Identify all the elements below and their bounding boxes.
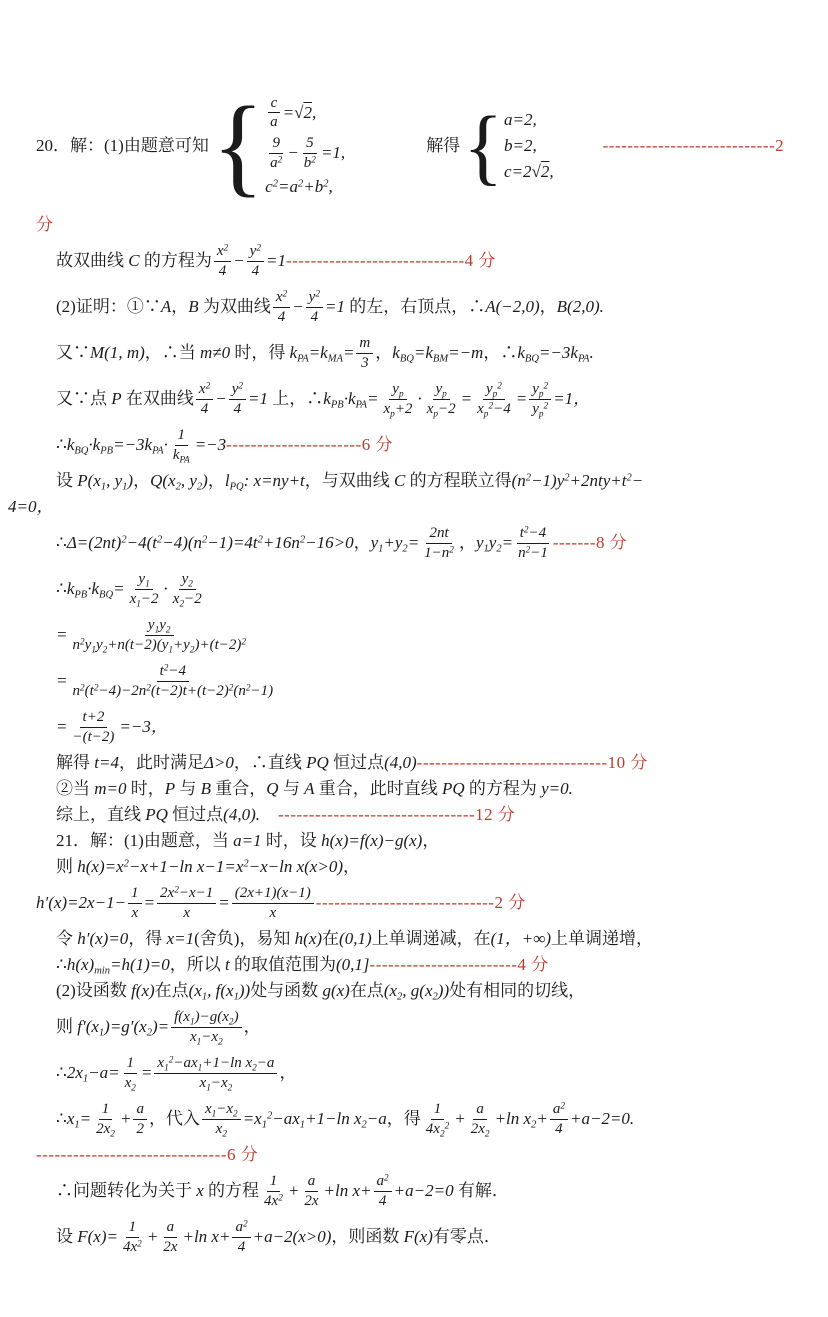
numerator: 1 [124,1054,138,1074]
numerator: a [133,1100,147,1120]
math-run: Δ=(2nt)2−4(t2−4)(n2−1)=4t2+16n2−16>0 [67,531,354,555]
numerator: (2x+1)(x−1) [232,884,314,904]
math-run: P [165,777,175,801]
denominator: xp+2 [380,400,415,419]
score-marker: -------------------------------6 分 [36,1143,258,1167]
numerator: a2 [232,1218,250,1238]
math-run: =√2, [283,101,317,125]
denominator: yp2 [529,400,551,419]
math-run: B(2,0). [557,295,604,319]
spacer [557,146,603,147]
text-run: 上单调递减，在 [372,927,491,951]
score-marker: -----------------------------2 分 [316,891,526,915]
text-run: 解得 [426,134,460,158]
text-run: ，得 [387,1107,421,1131]
solution-line: ∴kPB·kBQ=y1x1−2·y2x2−2 [56,566,814,612]
system-rows: ca=√2,9a2−5b2=1,c2=a2+b2, [265,94,345,199]
math-run: (0,1) [339,927,372,951]
math-run: B [201,777,211,801]
math-run: =x12−ax1+1−ln x2−a [243,1107,387,1131]
math-run: +a−2(x>0) [253,1225,332,1249]
fraction: m3 [356,334,373,373]
denominator: x [266,904,279,923]
fraction: yp2xp2−4 [474,380,514,419]
fraction: 5b2 [301,134,319,173]
math-run: A [304,777,314,801]
solution-line: 令 h′(x)=0，得 x=1(舍负)，易知 h(x)在(0,1)上单调递减，在… [56,926,814,952]
fraction: a24 [374,1172,392,1211]
solution-line: -------------------------------6 分 [36,1142,814,1168]
math-run: kPB·kBQ= [67,577,125,601]
text-run: ， [540,295,557,319]
denominator: 4x22 [423,1120,452,1139]
fraction: ypxp+2 [380,380,415,419]
solution-line: 20．解：(1)由题意可知{ca=√2,9a2−5b2=1,c2=a2+b2,解… [36,84,814,208]
text-run: 上单调递增， [551,927,653,951]
math-run: PQ [306,751,329,775]
solution-line: (2)证明：①∵A，B 为双曲线x24−y24=1 的左，右顶点，∴A(−2,0… [56,284,814,330]
denominator: 4 [275,308,289,327]
fraction: x24 [214,242,231,281]
fraction: t+2−(t−2) [69,708,117,747]
solution-line: =t+2−(t−2)=−3， [56,704,814,750]
fraction: yp2yp2 [529,380,551,419]
numerator: a [305,1172,319,1192]
math-run: − [292,295,303,319]
text-run: 在点 [155,979,189,1003]
text-run: 故双曲线 [56,249,128,273]
math-run: h(x)min=h(1)=0 [67,953,170,977]
math-run: P(x1, y1) [77,469,133,493]
text-run: 有零点． [433,1225,501,1249]
math-run: = [56,623,67,647]
math-run: PQ [145,803,168,827]
text-run: 的方程联立得 [405,469,511,493]
fraction: ypxp−2 [424,380,459,419]
numerator: a [473,1100,487,1120]
fraction: 2x2−x−1x [157,884,216,923]
text-run: ②当 [56,777,94,801]
system-row: c2=a2+b2, [265,175,345,199]
system-row: c=2√2, [504,160,554,184]
math-run: +ln x+ [324,1179,372,1203]
numerator: a2 [550,1100,568,1120]
text-run: ∴问题转化为关于 [56,1179,196,1203]
math-run: = [144,891,155,915]
math-run: kBQ=kBM=−m [392,341,483,365]
numerator: a2 [374,1172,392,1192]
math-run: Q [266,777,278,801]
math-run: c2=a2+b2, [265,175,333,199]
math-run: − [233,249,244,273]
math-run: − [215,387,226,411]
fraction: a2x [301,1172,321,1211]
fraction: (2x+1)(x−1)x [232,884,314,923]
denominator: 2x2 [468,1120,493,1139]
solution-line: h′(x)=2x−1−1x=2x2−x−1x=(2x+1)(x−1)x-----… [36,880,814,926]
numerator: 1 [431,1100,445,1120]
numerator: yp [433,380,450,400]
numerator: 1 [175,426,189,446]
text-run: ， [208,469,225,493]
math-run: y=0. [541,777,573,801]
denominator: 4 [552,1120,566,1139]
fraction: t2−4n2−1 [515,524,551,563]
math-run: − [287,141,298,165]
system-row: ca=√2, [265,94,345,133]
numerator: 2nt [426,524,451,544]
math-run: t=4 [94,751,119,775]
denominator: n2y1y2+n(t−2)(y1+y2)+(t−2)2 [69,636,249,655]
math-run: = [461,387,472,411]
text-run: 与 [175,777,201,801]
fraction: a24 [550,1100,568,1139]
system-row: b=2, [504,134,554,158]
solution-line: 则 h(x)=x2−x+1−ln x−1=x2−x−ln x(x>0)， [56,854,814,880]
fraction: x12−ax1+1−ln x2−ax1−x2 [154,1054,277,1093]
math-run: (0,1] [336,953,370,977]
text-run: ，∴直线 [234,751,306,775]
math-run: kPB·kPA= [323,387,378,411]
fraction: a2x [160,1218,180,1257]
math-run: +ln x2+ [495,1107,548,1131]
math-run: M(1, m) [90,341,145,365]
fraction: f(x1)−g(x2)x1−x2 [171,1008,241,1047]
text-run: ， [343,855,360,879]
denominator: 4 [308,308,322,327]
spacer [260,815,278,816]
numerator: y2 [306,288,323,308]
numerator: yp2 [483,380,505,400]
math-run: y1y2= [476,531,513,555]
text-run: 为双曲线 [199,295,271,319]
math-run: (x2, g(x2)) [384,979,449,1003]
fraction: x24 [273,288,290,327]
math-run: A [161,295,171,319]
math-run: PQ [442,777,465,801]
denominator: −(t−2) [69,728,117,747]
math-run: = [516,387,527,411]
math-run: x [196,1179,204,1203]
math-run: m≠0 [200,341,230,365]
solution-line: 又∵M(1, m)，∴当 m≠0 时，得 kPA=kMA=m3，kBQ=kBM=… [56,330,814,376]
text-run: ∴ [56,577,67,601]
math-run: C [394,469,405,493]
text-run: ， [375,341,392,365]
fraction: 12x2 [93,1100,118,1139]
fraction: 9a2 [267,134,285,173]
fraction: x1−x2x2 [202,1100,241,1139]
score-marker: ------------------------4 分 [370,953,549,977]
text-run: ， [171,295,188,319]
math-run: =1, [321,141,345,165]
math-run: =1 [266,249,286,273]
text-run: 上，∴ [268,387,323,411]
math-run: 2x1−a= [67,1061,120,1085]
text-run: ，∴当 [145,341,200,365]
solution-line: ∴kBQ·kPB=−3kPA·1kPA=−3------------------… [56,422,814,468]
radicand: 2 [303,103,312,122]
fraction: t2−4n2(t2−4)−2n2(t−2)t+(t−2)2(n2−1) [69,662,276,701]
denominator: 1−n2 [421,544,457,563]
text-run: ，则函数 [331,1225,403,1249]
math-run: +ln x+ [182,1225,230,1249]
denominator: a [267,113,281,132]
solution-line: ∴2x1−a=1x2=x12−ax1+1−ln x2−ax1−x2， [56,1050,814,1096]
math-run: x1= [67,1107,91,1131]
text-run: ∴ [56,433,67,457]
denominator: 2x2 [93,1120,118,1139]
denominator: 4x2 [261,1192,286,1211]
denominator: a2 [267,154,285,173]
math-run: +a−2=0. [570,1107,634,1131]
denominator: x1−x2 [197,1074,236,1093]
math-run: m=0 [94,777,126,801]
system-row: 9a2−5b2=1, [265,134,345,173]
text-run: (2)证明：①∵ [56,295,161,319]
numerator: x1−x2 [202,1100,241,1120]
numerator: y2 [247,242,264,262]
math-run: A(−2,0) [485,295,539,319]
text-run: 20．解：(1)由题意可知 [36,134,209,158]
math-run: g(x) [322,979,349,1003]
left-brace-icon: { [212,96,264,196]
math-run: B [188,295,198,319]
text-run: ∴ [56,1061,67,1085]
numerator: m [356,334,373,354]
fraction: 1kPA [170,426,193,465]
text-run: 的方程 [204,1179,259,1203]
denominator: n2−1 [515,544,551,563]
text-run: (舍负)，易知 [194,927,295,951]
numerator: x2 [273,288,290,308]
solution-line: ∴h(x)min=h(1)=0，所以 t 的取值范围为(0,1]--------… [56,952,814,978]
spacer [348,146,426,147]
math-run: Q(x2, y2) [150,469,208,493]
math-run: h(x)=f(x)−g(x) [321,829,422,853]
text-run: 时，设 [262,829,322,853]
math-run: Δ>0 [204,751,234,775]
text-run: 与 [279,777,305,801]
solution-line: ∴问题转化为关于 x 的方程14x2+a2x+ln x+a24+a−2=0 有解… [56,1168,814,1214]
text-run: 则 [56,1015,77,1039]
fraction: y1y2n2y1y2+n(t−2)(y1+y2)+(t−2)2 [69,616,249,655]
math-run: =1， [553,387,590,411]
score-marker: -----------------------------4 分 [286,249,496,273]
solution-line: =y1y2n2y1y2+n(t−2)(y1+y2)+(t−2)2 [56,612,814,658]
denominator: xp2−4 [474,400,514,419]
fraction: ca [267,94,281,133]
text-run: 在双曲线 [122,387,194,411]
numerator: 1 [126,1218,140,1238]
text-run: ∴ [56,1107,67,1131]
solution-line: 分 [36,212,814,238]
math-run: P [111,387,121,411]
math-run: kPA=kMA= [290,341,355,365]
math-run: a=2, [504,108,537,132]
math-run: =−3， [119,715,167,739]
fraction: a24 [232,1218,250,1257]
text-run: 则 [56,855,77,879]
text-run: 21．解：(1)由题意，当 [56,829,233,853]
system-row: a=2, [504,108,554,132]
denominator: b2 [301,154,319,173]
math-run: =1 [248,387,268,411]
numerator: t+2 [80,708,108,728]
math-run: (1，+∞) [491,927,551,951]
denominator: 4 [249,262,263,281]
left-brace-icon: { [463,108,503,184]
numerator: 1 [128,884,142,904]
numerator: 2x2−x−1 [157,884,216,904]
text-run: 设 [56,1225,77,1249]
solution-line: ②当 m=0 时，P 与 B 重合，Q 与 A 重合，此时直线 PQ 的方程为 … [56,776,814,802]
text-run: 令 [56,927,77,951]
solution-line: 故双曲线 C 的方程为x24−y24=1--------------------… [56,238,814,284]
denominator: xp−2 [424,400,459,419]
text-run: ，与双曲线 [305,469,394,493]
math-run: +a−2=0 [394,1179,454,1203]
math-run: F(x)= [77,1225,118,1249]
text-run: ∴ [56,531,67,555]
system-rows: a=2,b=2,c=2√2, [504,108,554,183]
math-run: = [56,715,67,739]
denominator: x1−2 [127,590,162,609]
text-run: ，此时满足 [119,751,204,775]
solution-line: 设 P(x1, y1)，Q(x2, y2)，lPQ: x=ny+t，与双曲线 C… [56,468,814,494]
fraction: 14x22 [423,1100,452,1139]
math-run: kBQ=−3kPA. [517,341,593,365]
math-run: f′(x1)=g′(x2)= [77,1015,169,1039]
denominator: x [180,904,193,923]
text-run: 的取值范围为 [230,953,336,977]
math-run: =1 [325,295,345,319]
fraction: 2nt1−n2 [421,524,457,563]
fraction: y24 [229,380,246,419]
numerator: y1 [135,570,152,590]
math-run: h(x)=x2−x+1−ln x−1=x2−x−ln x(x>0) [77,855,343,879]
math-run: b=2, [504,134,537,158]
denominator: 2x [160,1238,180,1257]
radicand: 2 [541,162,550,181]
math-run: F(x) [404,1225,433,1249]
text-run: ，得 [128,927,166,951]
math-run: =−3 [195,433,226,457]
text-run: ，所以 [170,953,225,977]
text-run: ， [459,531,476,555]
text-run: 设 [56,469,77,493]
text-run: 处有相同的切线， [449,979,585,1003]
math-run: c=2√2, [504,160,554,184]
denominator: 2x [301,1192,321,1211]
text-run: 综上，直线 [56,803,145,827]
denominator: 4 [198,400,212,419]
math-run: · [417,387,421,411]
math-run: (x1, f(x1)) [189,979,251,1003]
text-run: ， [279,1061,296,1085]
numerator: a [164,1218,178,1238]
fraction: a2 [133,1100,147,1139]
math-run: = [141,1061,152,1085]
solution-line: =t2−4n2(t2−4)−2n2(t−2)t+(t−2)2(n2−1) [56,658,814,704]
math-run: C [128,249,139,273]
math-run: y1+y2= [371,531,420,555]
text-run: ∴ [56,953,67,977]
numerator: 1 [267,1172,281,1192]
math-run: (4,0). [223,803,260,827]
math-run: h(x) [295,927,322,951]
score-marker: -------8 分 [553,531,627,555]
denominator: 4 [231,400,245,419]
math-run: (4,0) [384,751,417,775]
solution-line: ∴x1=12x2+a2，代入x1−x2x2=x12−ax1+1−ln x2−a，… [56,1096,814,1142]
fraction: 14x2 [261,1172,286,1211]
numerator: c [268,94,281,114]
math-answer-document: 20．解：(1)由题意可知{ca=√2,9a2−5b2=1,c2=a2+b2,解… [0,0,828,1260]
math-run: · [164,577,168,601]
math-run: h′(x)=0 [77,927,128,951]
math-run: + [454,1107,465,1131]
fraction: 1x2 [122,1054,139,1093]
fraction: x24 [196,380,213,419]
text-run: 恒过点 [329,751,384,775]
score-marker: -------------------------------10 分 [417,751,648,775]
fraction: 14x2 [120,1218,145,1257]
text-run: 解得 [56,751,94,775]
text-run: 时， [127,777,165,801]
solution-line: 综上，直线 PQ 恒过点(4,0).----------------------… [56,802,814,828]
math-run: + [147,1225,158,1249]
numerator: 9 [269,134,283,154]
text-run: 在 [322,927,339,951]
equation-system: {ca=√2,9a2−5b2=1,c2=a2+b2, [212,94,345,199]
text-run: ，代入 [149,1107,200,1131]
solution-line: 21．解：(1)由题意，当 a=1 时，设 h(x)=f(x)−g(x)， [56,828,814,854]
math-run: h′(x)=2x−1− [36,891,126,915]
text-run: ， [244,1015,261,1039]
text-run: 时，得 [230,341,290,365]
text-run: 重合， [211,777,266,801]
text-run: 恒过点 [168,803,223,827]
text-run: 的方程为 [465,777,542,801]
math-run: + [288,1179,299,1203]
numerator: t2−4 [157,662,189,682]
score-marker: ----------------------------2 [603,134,785,158]
denominator: 4x2 [120,1238,145,1257]
text-run: 处与函数 [250,979,322,1003]
numerator: x2 [196,380,213,400]
solution-line: 解得 t=4，此时满足Δ>0，∴直线 PQ 恒过点(4,0)----------… [56,750,814,776]
solution-line: (2)设函数 f(x)在点(x1, f(x1))处与函数 g(x)在点(x2, … [56,978,814,1004]
denominator: x2−2 [170,590,205,609]
score-marker: ----------------------6 分 [226,433,393,457]
denominator: x2 [122,1074,139,1093]
denominator: x [128,904,141,923]
math-run: = [218,891,229,915]
numerator: y2 [179,570,196,590]
text-run: 重合，此时直线 [314,777,442,801]
numerator: 5 [303,134,317,154]
text-run: 在点 [350,979,384,1003]
solution-line: ∴Δ=(2nt)2−4(t2−4)(n2−1)=4t2+16n2−16>0，y1… [56,520,814,566]
numerator: t2−4 [517,524,549,544]
denominator: 3 [358,354,372,373]
math-run: + [120,1107,131,1131]
denominator: n2(t2−4)−2n2(t−2)t+(t−2)2(n2−1) [69,682,276,701]
text-run: 又∵ [56,341,90,365]
text-run: 有解． [454,1179,509,1203]
denominator: 4 [376,1192,390,1211]
